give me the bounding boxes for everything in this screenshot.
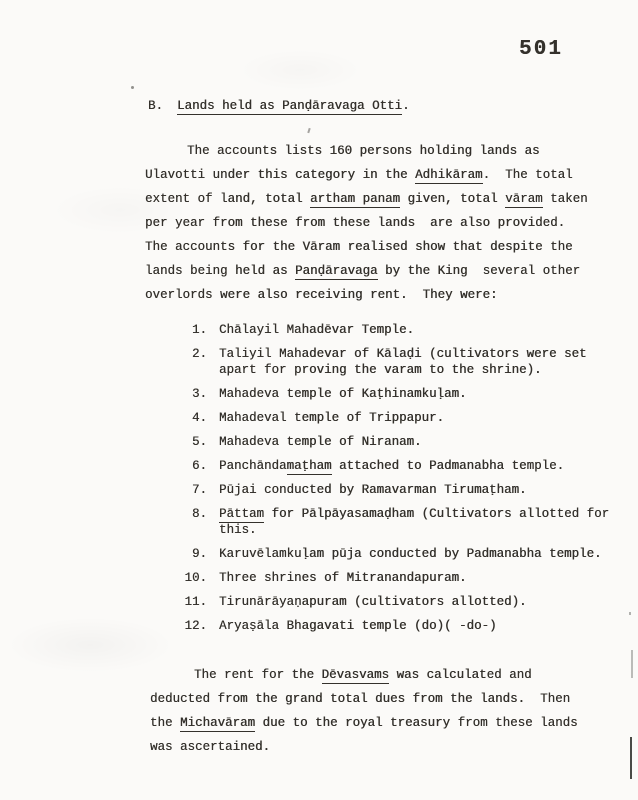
list-item: 9.Karuvēlamkuḷam pūja conducted by Padma… — [183, 546, 609, 562]
text-line: Karuvēlamkuḷam pūja conducted by Padmana… — [219, 546, 602, 562]
list-item: 12.Aryaṣāla Bhagavati temple (do)( -do-) — [183, 618, 609, 634]
text-line: was ascertained. — [150, 735, 578, 759]
list-item: 2.Taliyil Mahadevar of Kālaḍi (cultivato… — [183, 346, 609, 378]
text-run: Taliyil Mahadevar of Kālaḍi (cultivators… — [219, 347, 587, 361]
list-item-text: Pūjai conducted by Ramavarman Tirumaṭham… — [219, 482, 527, 498]
text-run: The accounts lists 160 persons holding l… — [187, 144, 540, 158]
text-run: attached to Padmanabha temple. — [332, 459, 565, 473]
text-line: per year from these from these lands are… — [145, 211, 588, 235]
text-line: deducted from the grand total dues from … — [150, 687, 578, 711]
text-run: Three shrines of Mitranandapuram. — [219, 571, 467, 585]
list-item-text: Tirunārāyaṇapuram (cultivators allotted)… — [219, 594, 527, 610]
text-line: overlords were also receiving rent. They… — [145, 283, 588, 307]
underlined-text: artham panam — [310, 192, 400, 208]
text-run: Mahadeva temple of Niranam. — [219, 435, 422, 449]
list-item-number: 8. — [183, 506, 207, 538]
underlined-text: Michavāram — [180, 716, 255, 732]
scan-speck — [131, 86, 134, 89]
text-run: lands being held as — [145, 264, 295, 278]
text-run: overlords were also receiving rent. They… — [145, 288, 498, 302]
overlords-list: 1.Chālayil Mahadēvar Temple.2.Taliyil Ma… — [183, 322, 609, 642]
scan-edge-speck — [629, 612, 631, 615]
list-item: 11.Tirunārāyaṇapuram (cultivators allott… — [183, 594, 609, 610]
text-line: Mahadeva temple of Kaṭhinamkuḷam. — [219, 386, 467, 402]
text-line: extent of land, total artham panam given… — [145, 187, 588, 211]
text-run: was calculated and — [389, 668, 532, 682]
underlined-text: Pāttam — [219, 507, 264, 523]
text-run: taken — [543, 192, 588, 206]
text-run: apart for proving the varam to the shrin… — [219, 363, 542, 377]
list-item-number: 4. — [183, 410, 207, 426]
text-run: Mahadeva temple of Kaṭhinamkuḷam. — [219, 387, 467, 401]
page-number: 501 — [519, 38, 563, 61]
list-item-text: Chālayil Mahadēvar Temple. — [219, 322, 414, 338]
scan-edge-line — [630, 737, 632, 779]
text-run: was ascertained. — [150, 740, 270, 754]
list-item-text: Three shrines of Mitranandapuram. — [219, 570, 467, 586]
text-run: Mahadeval temple of Trippapur. — [219, 411, 444, 425]
text-line: The rent for the Dēvasvams was calculate… — [150, 663, 578, 687]
text-line: lands being held as Panḍāravaga by the K… — [145, 259, 588, 283]
underlined-text: Lands held as Panḍāravaga Otti — [177, 99, 402, 115]
list-item: 3.Mahadeva temple of Kaṭhinamkuḷam. — [183, 386, 609, 402]
text-run: the — [150, 716, 180, 730]
text-line: this. — [219, 522, 609, 538]
list-item-number: 7. — [183, 482, 207, 498]
text-line: Chālayil Mahadēvar Temple. — [219, 322, 414, 338]
text-run: Ulavotti under this category in the — [145, 168, 415, 182]
list-item: 5.Mahadeva temple of Niranam. — [183, 434, 609, 450]
text-run: extent of land, total — [145, 192, 310, 206]
text-line: Ulavotti under this category in the Adhi… — [145, 163, 588, 187]
text-run: Pūjai conducted by Ramavarman Tirumaṭham… — [219, 483, 527, 497]
list-item: 4.Mahadeval temple of Trippapur. — [183, 410, 609, 426]
text-line: Tirunārāyaṇapuram (cultivators allotted)… — [219, 594, 527, 610]
underlined-text: Panḍāravaga — [295, 264, 378, 280]
list-item: 6.Panchāndamaṭham attached to Padmanabha… — [183, 458, 609, 474]
scan-edge-line-faint — [631, 650, 633, 678]
text-run: by the King several other — [378, 264, 581, 278]
text-run: this. — [219, 523, 257, 537]
text-line: The accounts lists 160 persons holding l… — [145, 139, 588, 163]
list-item-text: Mahadeva temple of Kaṭhinamkuḷam. — [219, 386, 467, 402]
text-run: Tirunārāyaṇapuram (cultivators allotted)… — [219, 595, 527, 609]
list-item: 7.Pūjai conducted by Ramavarman Tirumaṭh… — [183, 482, 609, 498]
text-run: due to the royal treasury from these lan… — [255, 716, 578, 730]
text-run: The rent for the — [194, 668, 322, 682]
text-line: The accounts for the Vāram realised show… — [145, 235, 588, 259]
underlined-text: Adhikāram — [415, 168, 483, 184]
text-line: Aryaṣāla Bhagavati temple (do)( -do-) — [219, 618, 497, 634]
section-label: B. — [148, 99, 163, 113]
list-item-number: 1. — [183, 322, 207, 338]
underlined-text: maṭham — [287, 459, 332, 475]
list-item: 10.Three shrines of Mitranandapuram. — [183, 570, 609, 586]
list-item-number: 10. — [183, 570, 207, 586]
list-item-number: 12. — [183, 618, 207, 634]
text-run: Karuvēlamkuḷam pūja conducted by Padmana… — [219, 547, 602, 561]
section-title: Lands held as Panḍāravaga Otti. — [177, 99, 410, 113]
section-heading: B. Lands held as Panḍāravaga Otti. — [148, 99, 410, 113]
text-run: per year from these from these lands are… — [145, 216, 565, 230]
text-line: Pūjai conducted by Ramavarman Tirumaṭham… — [219, 482, 527, 498]
paragraph-intro: The accounts lists 160 persons holding l… — [145, 139, 588, 307]
list-item-number: 9. — [183, 546, 207, 562]
list-item-number: 3. — [183, 386, 207, 402]
text-line: Pāttam for Pālpāyasamaḍham (Cultivators … — [219, 506, 609, 522]
text-run: deducted from the grand total dues from … — [150, 692, 570, 706]
paragraph-closing: The rent for the Dēvasvams was calculate… — [150, 663, 578, 759]
text-run: Panchānda — [219, 459, 287, 473]
text-line: apart for proving the varam to the shrin… — [219, 362, 587, 378]
list-item-number: 2. — [183, 346, 207, 378]
list-item-number: 5. — [183, 434, 207, 450]
text-run: . The total — [483, 168, 573, 182]
text-line: Panchāndamaṭham attached to Padmanabha t… — [219, 458, 564, 474]
text-line: Mahadeval temple of Trippapur. — [219, 410, 444, 426]
list-item-text: Taliyil Mahadevar of Kālaḍi (cultivators… — [219, 346, 587, 378]
list-item-text: Mahadeval temple of Trippapur. — [219, 410, 444, 426]
list-item: 1.Chālayil Mahadēvar Temple. — [183, 322, 609, 338]
scan-tick-mark — [307, 128, 310, 133]
list-item-text: Aryaṣāla Bhagavati temple (do)( -do-) — [219, 618, 497, 634]
list-item-text: Mahadeva temple of Niranam. — [219, 434, 422, 450]
text-line: the Michavāram due to the royal treasury… — [150, 711, 578, 735]
list-item-text: Pāttam for Pālpāyasamaḍham (Cultivators … — [219, 506, 609, 538]
list-item-text: Panchāndamaṭham attached to Padmanabha t… — [219, 458, 564, 474]
list-item-number: 6. — [183, 458, 207, 474]
underlined-text: Dēvasvams — [322, 668, 390, 684]
text-run: for Pālpāyasamaḍham (Cultivators allotte… — [264, 507, 609, 521]
list-item-text: Karuvēlamkuḷam pūja conducted by Padmana… — [219, 546, 602, 562]
document-page: 501 B. Lands held as Panḍāravaga Otti. T… — [0, 0, 638, 800]
text-line: Mahadeva temple of Niranam. — [219, 434, 422, 450]
text-run: . — [402, 99, 410, 113]
text-run: The accounts for the Vāram realised show… — [145, 240, 573, 254]
text-run: Aryaṣāla Bhagavati temple (do)( -do-) — [219, 619, 497, 633]
underlined-text: vāram — [505, 192, 543, 208]
text-run: given, total — [400, 192, 505, 206]
list-item: 8.Pāttam for Pālpāyasamaḍham (Cultivator… — [183, 506, 609, 538]
list-item-number: 11. — [183, 594, 207, 610]
text-line: Taliyil Mahadevar of Kālaḍi (cultivators… — [219, 346, 587, 362]
text-run: Chālayil Mahadēvar Temple. — [219, 323, 414, 337]
text-line: Three shrines of Mitranandapuram. — [219, 570, 467, 586]
